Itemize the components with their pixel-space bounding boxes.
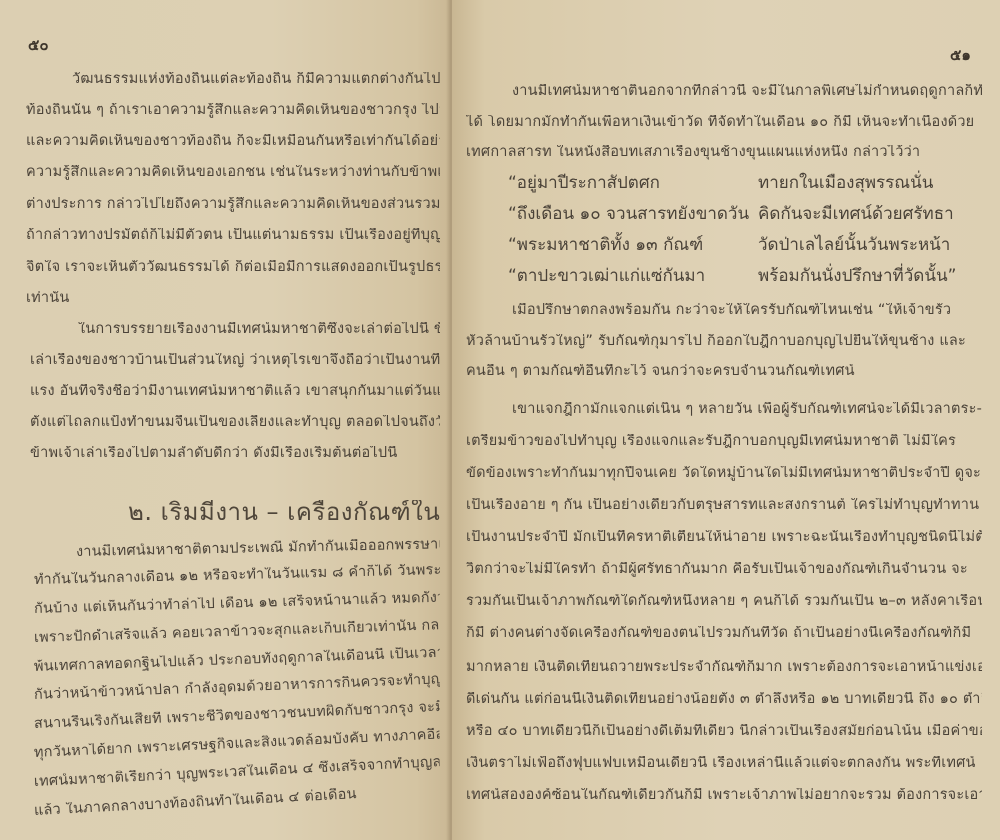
verse-right: พร้อมกันนั่งปรึกษาที่วัดนั้น” (758, 268, 956, 285)
text-line: มากหลาย เงินติดเทียนถวายพระประจำกัณฑ์ก็ม… (466, 660, 982, 675)
text-line: ขัดข้องเพราะทำกันมาทุกปีจนเคย วัดใดหมู่บ… (466, 466, 981, 481)
text-line: กันบ้าง แต่เห็นกันว่าทำล่าไป เดือน ๑๒ เส… (34, 591, 440, 617)
text-line: หรือ ๔๐ บาทเดียวนี้ก็เป็นอย่างดีเต็มทีเด… (466, 724, 982, 739)
text-line: วัฒนธรรมแห่งท้องถิ่นแต่ละท้องถิ่น ก็มีคว… (72, 72, 440, 87)
verse-left: “ถึงเดือน ๑๐ จวนสารทยังขาดวัน (508, 206, 749, 223)
text-line: ดีเด่นกัน แต่ก่อนนี้เงินติดเทียนอย่างน้อ… (466, 692, 982, 707)
section-heading: ๒. เริ่มมีงาน – เครื่องกัณฑ์ในวันเทศน์ (128, 500, 440, 524)
text-line: ได้ โดยมากมักทำกันเพื่อหาเงินเข้าวัด ที่… (466, 115, 974, 130)
text-line: เพราะปักดำเสร็จแล้ว คอยเวลาข้าวจะสุกและเ… (34, 618, 440, 645)
text-line: เขาแจกฎีกามักแจกแต่เนิ่น ๆ หลายวัน เพื่อ… (512, 402, 982, 417)
text-line: งานมีเทศน์มหาชาติตามประเพณี มักทำกันเมื่… (76, 537, 440, 559)
left-page: ๕๐ วัฒนธรรมแห่งท้องถิ่นแต่ละท้องถิ่น ก็ม… (0, 0, 452, 840)
text-line: ตั้งแต่ไถลกแป้งทำขนมจีนเป็นของเลี้ยงและท… (30, 415, 440, 430)
text-line: เมื่อปรึกษาตกลงพร้อมกัน กะว่าจะให้ใครรับ… (512, 303, 951, 318)
text-line: เป็นงานประจำปี มักเป็นที่ครหาติเตียนให้น… (466, 530, 982, 545)
text-line: พ้นเทศกาลทอดกฐินไปแล้ว ประกอบทั้งฤดูกาลใ… (34, 646, 440, 675)
verse-left: “พระมหาชาติทั้ง ๑๓ กัณฑ์ (508, 237, 703, 254)
verse-right: ทายกในเมืองสุพรรณนั่น (758, 175, 933, 192)
text-line: สนานรื่นเริงกันเสียที เพราะชีวิตของชาวชน… (34, 700, 440, 731)
text-line: คนอื่น ๆ ตามกัณฑ์อื่นที่กะไว้ จนกว่าจะคร… (466, 364, 855, 379)
text-line: ทุกวันหาได้ยาก เพราะเศรษฐกิจและสิ่งแวดล้… (34, 728, 440, 761)
page-number: ๕๑ (950, 48, 971, 63)
verse-right: คิดกันจะมีเทศน์ด้วยศรัทธา (758, 206, 954, 223)
text-line: ความรู้สึกและความคิดเห็นของเอกชน เช่นในร… (26, 165, 440, 180)
text-line: จิตใจ เราจะเห็นตัววัฒนธรรมได้ ก็ต่อเมื่อ… (26, 260, 440, 275)
text-line: ทำกันในวันกลางเดือน ๑๒ หรือจะทำในวันแรม … (34, 563, 440, 587)
text-line: เทศกาลสารท ในหนังสือบทเสภาเรื่องขุนช้างข… (466, 145, 920, 160)
text-line: เท่านั้น (26, 291, 69, 306)
verse-right: วัดป่าเลไลย์นั้นวันพระหน้า (758, 237, 950, 254)
text-line: รวมกันเป็นเจ้าภาพกัณฑ์ใดกัณฑ์หนึ่งหลาย ๆ… (466, 594, 982, 609)
text-line: ถ้ากล่าวทางปรมัตถ์ก็ไม่มีตัวตน เป็นแต่นา… (26, 228, 440, 243)
verse-left: “ตาปะขาวเฒ่าแก่แซ่กันมา (508, 268, 705, 285)
text-line: เล่าเรื่องของชาวบ้านเป็นส่วนใหญ่ ว่าเหตุ… (30, 353, 440, 368)
text-line: แล้ว ในภาคกลางบางท้องถิ่นทำในเดือน ๔ ต่อ… (34, 787, 357, 818)
text-line: หัวล้านบ้านรั้วใหญ่” รับกัณฑ์กุมารไป ก็อ… (466, 334, 966, 349)
text-line: กันว่าหน้าข้าวหน้าปลา กำลังอุดมด้วยอาหาร… (34, 672, 440, 702)
text-line: เทศน์สององค์ซ้อนในกัณฑ์เดียวกันก็มี เพรา… (466, 788, 982, 803)
verse-left: “อยู่มาปีระกาสัปตศก (508, 175, 660, 192)
text-line: เงินตราไม่เฟ้อถึงฟุบแฟบเหมือนเดียวนี้ เร… (466, 756, 976, 771)
text-line: ท้องถิ่นนั้น ๆ ถ้าเราเอาความรู้สึกและควา… (26, 103, 440, 118)
text-line: ก็มี ต่างคนต่างจัดเครื่องกัณฑ์ของตนไปรวม… (466, 626, 971, 641)
text-line: ต่างประการ กล่าวไปไยถึงความรู้สึกและความ… (26, 197, 440, 212)
book-spread: ๕๐ วัฒนธรรมแห่งท้องถิ่นแต่ละท้องถิ่น ก็ม… (0, 0, 1000, 840)
right-page: ๕๑ งานมีเทศน์มหาชาตินอกจากที่กล่าวนี้ จะ… (452, 0, 1000, 840)
text-line: วิตกว่าจะไม่มีใครทำ ถ้ามีผู้ศรัทธากันมาก… (466, 562, 968, 577)
page-number: ๕๐ (28, 38, 49, 53)
text-line: ในการบรรยายเรื่องงานมีเทศน์มหาชาติซึ่งจะ… (78, 322, 440, 337)
text-line: งานมีเทศน์มหาชาตินอกจากที่กล่าวนี้ จะมีใ… (512, 84, 982, 99)
text-line: และความคิดเห็นของชาวท้องถิ่น ก็จะมีเหมือ… (26, 134, 440, 149)
text-line: เป็นเรื่องอาย ๆ กัน เป็นอย่างเดียวกับตรุ… (466, 498, 979, 513)
text-line: เตรียมข้าวของไปทำบุญ เรื่องแจกและรับฎีกา… (466, 434, 956, 449)
text-line: ข้าพเจ้าเล่าเรื่องไปตามลำดับดีกว่า ดังมี… (30, 446, 397, 461)
text-line: เทศน์มหาชาติเรียกว่า บุญพระเวสในเดือน ๔ … (34, 755, 440, 789)
text-line: แรง อันที่จริงชื่อว่ามีงานเทศน์มหาชาติแล… (30, 384, 440, 399)
